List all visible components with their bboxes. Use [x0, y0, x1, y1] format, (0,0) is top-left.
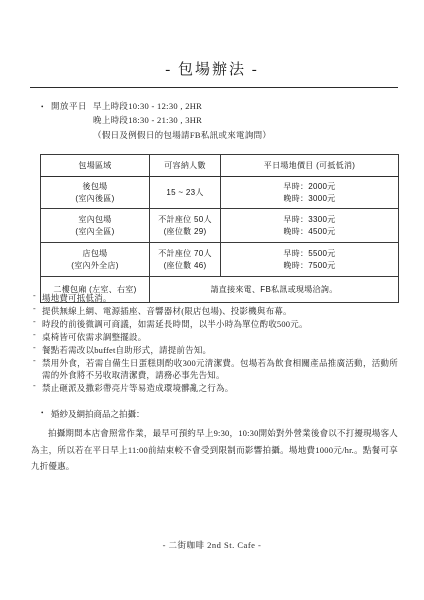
area-subname: (室內全區): [42, 226, 148, 238]
title-divider: [30, 87, 398, 88]
note-item: - 場地費可抵低消。: [33, 292, 398, 305]
evening-hours: 晚上時段18:30 - 21:30 , 3HR: [93, 114, 271, 128]
opening-hours-section: • 開放平日 早上時段10:30 - 12:30 , 2HR 晚上時段18:30…: [41, 100, 271, 143]
photography-heading-text: 婚紗及網拍商品之拍攝：: [51, 408, 145, 420]
document-page: - 包場辦法 - • 開放平日 早上時段10:30 - 12:30 , 2HR …: [0, 0, 424, 600]
note-text: 桌椅皆可依需求調整擺設。: [42, 331, 398, 344]
note-item: - 提供無線上網、電源插座、音響器材(限店包場)、投影機與布幕。: [33, 305, 398, 318]
price-morning: 早時：3300元: [222, 214, 397, 226]
note-text: 餐點若需改以buffet自助形式，請提前告知。: [42, 344, 398, 357]
price-cell: 早時：2000元 晚時：3000元: [221, 177, 399, 209]
note-text: 時段的前後微調可商議，如需延長時間，以半小時為單位酌收500元。: [42, 318, 398, 331]
note-text: 提供無線上網、電源插座、音響器材(限店包場)、投影機與布幕。: [42, 305, 398, 318]
capacity-value: 15 ~ 23人: [151, 187, 219, 199]
area-subname: (室內後區): [42, 193, 148, 205]
dash-bullet-icon: -: [33, 316, 42, 329]
capacity-subvalue: (座位數 29): [151, 226, 219, 238]
capacity-value: 不計座位 70人: [151, 248, 219, 260]
table-row: 室內包場 (室內全區) 不計座位 50人 (座位數 29) 早時：3300元 晚…: [41, 209, 399, 243]
header-price: 平日場地價目 (可抵低消): [221, 155, 399, 177]
note-text: 場地費可抵低消。: [42, 292, 398, 305]
capacity-cell: 不計座位 50人 (座位數 29): [150, 209, 221, 243]
footer-cafe-name: - 二街咖啡 2nd St. Cafe -: [0, 539, 424, 551]
holiday-note: （假日及例假日的包場請FB私訊或來電詢問）: [93, 129, 271, 143]
table-row: 後包場 (室內後區) 15 ~ 23人 早時：2000元 晚時：3000元: [41, 177, 399, 209]
notes-list: - 場地費可抵低消。 - 提供無線上網、電源插座、音響器材(限店包場)、投影機與…: [33, 292, 398, 395]
note-item: - 禁用外食，若需自備生日蛋糕則酌收300元清潔費。包場若為飲食相關產品推廣活動…: [33, 357, 398, 383]
area-name: 室內包場: [42, 214, 148, 226]
price-morning: 早時：5500元: [222, 248, 397, 260]
dash-bullet-icon: -: [33, 355, 42, 381]
price-evening: 晚時：4500元: [222, 226, 397, 238]
capacity-subvalue: (座位數 46): [151, 260, 219, 272]
note-text: 禁止砸派及撒彩帶亮片等易造成環境髒亂之行為。: [42, 382, 398, 395]
note-text: 禁用外食，若需自備生日蛋糕則酌收300元清潔費。包場若為飲食相關產品推廣活動，活…: [42, 357, 398, 383]
table-header-row: 包場區域 可容納人數 平日場地價目 (可抵低消): [41, 155, 399, 177]
header-capacity: 可容納人數: [150, 155, 221, 177]
bullet-icon: •: [41, 409, 51, 421]
area-name: 店包場: [42, 248, 148, 260]
dash-bullet-icon: -: [33, 329, 42, 342]
area-subname: (室內外全店): [42, 260, 148, 272]
morning-hours: 早上時段10:30 - 12:30 , 2HR: [93, 100, 271, 114]
opening-hours-times: 早上時段10:30 - 12:30 , 2HR 晚上時段18:30 - 21:3…: [93, 100, 271, 143]
dash-bullet-icon: -: [33, 342, 42, 355]
note-item: - 桌椅皆可依需求調整擺設。: [33, 331, 398, 344]
header-area: 包場區域: [41, 155, 150, 177]
photography-paragraph: 拍攝期間本店會照常作業，最早可預約早上9:30，10:30開始對外營業後會以不打…: [31, 425, 398, 475]
area-cell: 店包場 (室內外全店): [41, 243, 150, 277]
note-item: - 時段的前後微調可商議，如需延長時間，以半小時為單位酌收500元。: [33, 318, 398, 331]
area-cell: 後包場 (室內後區): [41, 177, 150, 209]
note-item: - 禁止砸派及撒彩帶亮片等易造成環境髒亂之行為。: [33, 382, 398, 395]
area-cell: 室內包場 (室內全區): [41, 209, 150, 243]
price-evening: 晚時：7500元: [222, 260, 397, 272]
note-item: - 餐點若需改以buffet自助形式，請提前告知。: [33, 344, 398, 357]
capacity-value: 不計座位 50人: [151, 214, 219, 226]
dash-bullet-icon: -: [33, 303, 42, 316]
table-row: 店包場 (室內外全店) 不計座位 70人 (座位數 46) 早時：5500元 晚…: [41, 243, 399, 277]
dash-bullet-icon: -: [33, 380, 42, 393]
price-cell: 早時：3300元 晚時：4500元: [221, 209, 399, 243]
price-cell: 早時：5500元 晚時：7500元: [221, 243, 399, 277]
dash-bullet-icon: -: [33, 290, 42, 303]
capacity-cell: 不計座位 70人 (座位數 46): [150, 243, 221, 277]
capacity-cell: 15 ~ 23人: [150, 177, 221, 209]
price-morning: 早時：2000元: [222, 181, 397, 193]
opening-hours-label: 開放平日: [51, 100, 87, 143]
price-evening: 晚時：3000元: [222, 193, 397, 205]
bullet-icon: •: [41, 101, 51, 144]
photography-section-heading: • 婚紗及網拍商品之拍攝：: [41, 408, 145, 420]
pricing-table: 包場區域 可容納人數 平日場地價目 (可抵低消) 後包場 (室內後區) 15 ~…: [40, 154, 399, 303]
area-name: 後包場: [42, 181, 148, 193]
page-title: - 包場辦法 -: [0, 58, 424, 79]
